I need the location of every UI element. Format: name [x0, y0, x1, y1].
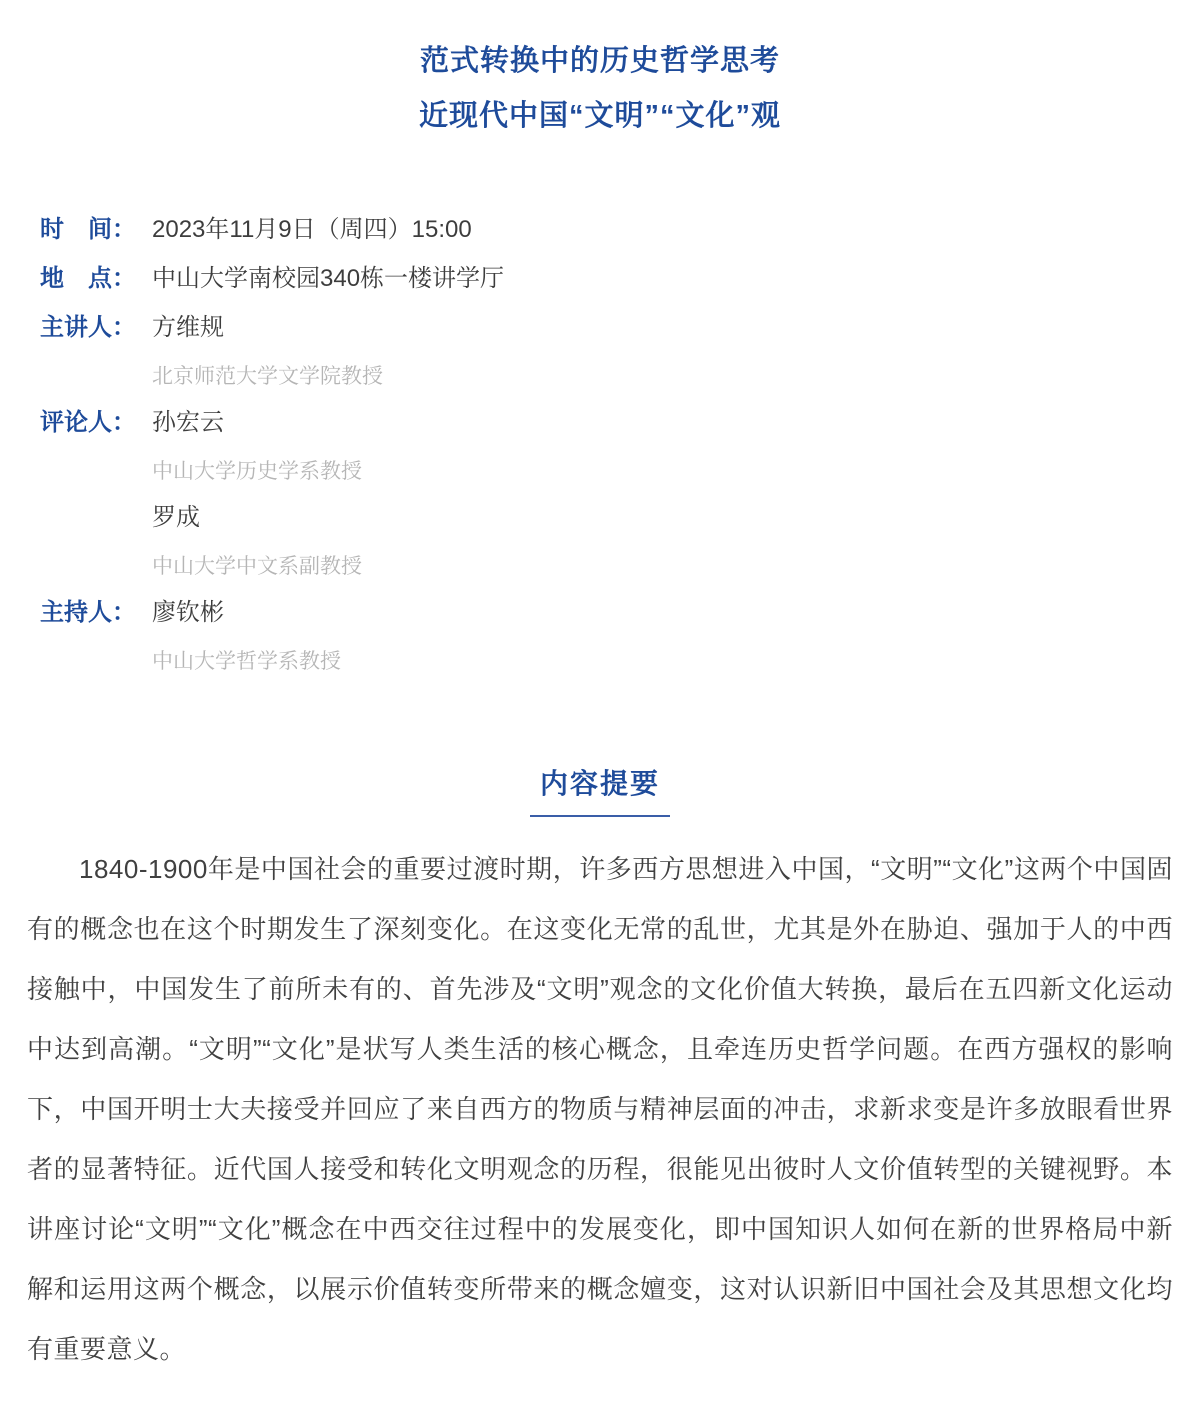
- host-affiliation: 中山大学哲学系教授: [152, 648, 341, 676]
- info-row-commentator-1: 评论人： 孙宏云: [40, 409, 1200, 437]
- time-label: 时 间：: [40, 216, 152, 244]
- info-row-commentator-1-affiliation: 中山大学历史学系教授: [40, 458, 1200, 486]
- abstract-heading: 内容提要: [0, 762, 1200, 802]
- info-row-commentator-2: 罗成: [40, 504, 1200, 532]
- abstract-text: 1840-1900年是中国社会的重要过渡时期，许多西方思想进入中国，“文明”“文…: [27, 839, 1173, 1379]
- lecture-announcement-page: 范式转换中的历史哲学思考 近现代中国“文明”“文化”观 时 间： 2023年11…: [0, 0, 1200, 1410]
- abstract-heading-divider: [530, 815, 670, 817]
- time-value: 2023年11月9日（周四）15:00: [152, 216, 472, 244]
- host-label: 主持人：: [40, 599, 152, 627]
- info-row-speaker-affiliation: 北京师范大学文学院教授: [40, 363, 1200, 391]
- page-title-line2: 近现代中国“文明”“文化”观: [0, 89, 1200, 144]
- info-row-location: 地 点： 中山大学南校园340栋一楼讲学厅: [40, 265, 1200, 293]
- host-name: 廖钦彬: [152, 599, 224, 627]
- info-row-speaker: 主讲人： 方维规: [40, 314, 1200, 342]
- commentator-1-name: 孙宏云: [152, 409, 224, 437]
- speaker-label: 主讲人：: [40, 314, 152, 342]
- abstract-section: 内容提要 1840-1900年是中国社会的重要过渡时期，许多西方思想进入中国，“…: [0, 762, 1200, 1379]
- speaker-affiliation: 北京师范大学文学院教授: [152, 363, 383, 391]
- info-row-commentator-2-affiliation: 中山大学中文系副教授: [40, 553, 1200, 581]
- commentator-2-affiliation: 中山大学中文系副教授: [152, 553, 362, 581]
- commentator-1-affiliation: 中山大学历史学系教授: [152, 458, 362, 486]
- page-title: 范式转换中的历史哲学思考 近现代中国“文明”“文化”观: [0, 0, 1200, 144]
- commentator-2-name: 罗成: [152, 504, 200, 532]
- speaker-name: 方维规: [152, 314, 224, 342]
- info-row-host: 主持人： 廖钦彬: [40, 599, 1200, 627]
- location-value: 中山大学南校园340栋一楼讲学厅: [152, 265, 504, 293]
- info-row-time: 时 间： 2023年11月9日（周四）15:00: [40, 216, 1200, 244]
- info-row-host-affiliation: 中山大学哲学系教授: [40, 648, 1200, 676]
- page-title-line1: 范式转换中的历史哲学思考: [0, 34, 1200, 89]
- commentator-label: 评论人：: [40, 409, 152, 437]
- location-label: 地 点：: [40, 265, 152, 293]
- event-info: 时 间： 2023年11月9日（周四）15:00 地 点： 中山大学南校园340…: [40, 216, 1200, 676]
